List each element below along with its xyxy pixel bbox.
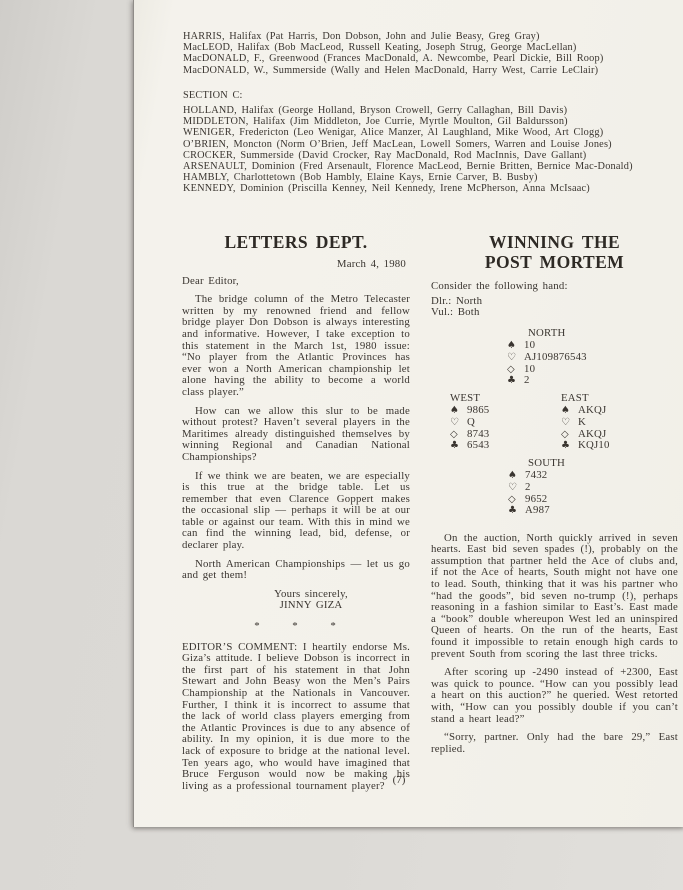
card-values: AKQJ <box>578 404 606 416</box>
roster-entry: MacLEOD, Halifax (Bob MacLeod, Russell K… <box>183 42 661 53</box>
roster-entry: MIDDLETON, Halifax (Jim Middleton, Joe C… <box>183 116 661 127</box>
roster-entry: HAMBLY, Charlottetown (Bob Hambly, Elain… <box>183 172 661 183</box>
card-values: 8743 <box>467 428 489 440</box>
spade-icon: ♠ <box>450 405 467 417</box>
club-icon: ♣ <box>561 440 578 452</box>
letters-dept-title: LETTERS DEPT. <box>182 232 410 252</box>
asterisk-separator: * * * <box>182 621 410 633</box>
letter-closing: Yours sincerely, JINNY GIZA <box>182 589 410 612</box>
spade-icon: ♠ <box>561 405 578 417</box>
east-hand-label: EAST <box>561 393 610 405</box>
roster-entry: CROCKER, Summerside (David Crocker, Ray … <box>183 150 661 161</box>
heart-icon: ♡ <box>507 352 524 364</box>
roster-top-list: HARRIS, Halifax (Pat Harris, Don Dobson,… <box>183 31 661 76</box>
letter-salutation: Dear Editor, <box>182 276 410 288</box>
west-hand-label: WEST <box>450 393 561 405</box>
hand-intro: Consider the following hand: <box>431 281 678 293</box>
newsletter-page: HARRIS, Halifax (Pat Harris, Don Dobson,… <box>133 0 683 827</box>
club-icon: ♣ <box>507 375 524 387</box>
letter-paragraph: The bridge column of the Metro Telecaste… <box>182 294 410 398</box>
roster-entry: KENNEDY, Dominion (Priscilla Kenney, Nei… <box>183 183 661 194</box>
hand-row: ♣KQJ10 <box>561 440 610 452</box>
heart-icon: ♡ <box>561 417 578 429</box>
letters-dept-column: LETTERS DEPT. March 4, 1980 Dear Editor,… <box>182 232 410 792</box>
hand-row: ◇10 <box>507 364 678 376</box>
hand-row: ♣A987 <box>508 505 678 517</box>
club-icon: ♣ <box>508 505 525 517</box>
west-east-row: WEST ♠9865 ♡Q ◇8743 ♣6543 EAST ♠AKQJ ♡K … <box>431 393 678 452</box>
diamond-icon: ◇ <box>508 494 525 506</box>
card-values: 10 <box>524 363 535 375</box>
heart-icon: ♡ <box>508 482 525 494</box>
diamond-icon: ◇ <box>507 364 524 376</box>
card-values: A987 <box>525 504 550 516</box>
section-c-heading: SECTION C: <box>183 90 661 101</box>
hand-row: ♣2 <box>507 375 678 387</box>
spade-icon: ♠ <box>507 340 524 352</box>
heart-icon: ♡ <box>450 417 467 429</box>
card-values: KQJ10 <box>578 439 610 451</box>
roster-entry: ARSENAULT, Dominion (Fred Arsenault, Flo… <box>183 161 661 172</box>
post-mortem-title: WINNING THE POST MORTEM <box>431 232 678 272</box>
south-hand: SOUTH ♠7432 ♡2 ◇9652 ♣A987 <box>508 458 678 517</box>
south-hand-label: SOUTH <box>528 458 678 470</box>
roster-entry: MacDONALD, W., Summerside (Wally and Hel… <box>183 65 661 76</box>
club-icon: ♣ <box>450 440 467 452</box>
hand-row: ♠7432 <box>508 470 678 482</box>
card-values: 9865 <box>467 404 489 416</box>
team-roster: HARRIS, Halifax (Pat Harris, Don Dobson,… <box>183 31 661 195</box>
post-mortem-paragraph: After scoring up -2490 instead of +2300,… <box>431 667 678 725</box>
letter-paragraph: How can we allow this slur to be made wi… <box>182 406 410 464</box>
north-hand-label: NORTH <box>528 328 678 340</box>
post-mortem-paragraph: On the auction, North quickly arrived in… <box>431 533 678 661</box>
post-mortem-column: WINNING THE POST MORTEM Consider the fol… <box>431 232 678 755</box>
east-hand: EAST ♠AKQJ ♡K ◇AKQJ ♣KQJ10 <box>561 393 610 452</box>
diamond-icon: ◇ <box>450 429 467 441</box>
letter-date: March 4, 1980 <box>182 259 410 271</box>
diamond-icon: ◇ <box>561 429 578 441</box>
card-values: 6543 <box>467 439 489 451</box>
north-hand: NORTH ♠10 ♡AJ109876543 ◇10 ♣2 <box>507 328 678 387</box>
card-values: K <box>578 416 586 428</box>
card-values: 10 <box>524 339 535 351</box>
hand-row: ♣6543 <box>450 440 561 452</box>
roster-entry: WENIGER, Fredericton (Leo Wenigar, Alice… <box>183 127 661 138</box>
vulnerability-line: Vul.: Both <box>431 307 678 319</box>
post-mortem-paragraph: “Sorry, partner. Only had the bare 29,” … <box>431 732 678 755</box>
editors-comment: EDITOR’S COMMENT: I heartily endorse Ms.… <box>182 642 410 793</box>
roster-entry: O’BRIEN, Moncton (Norm O’Brien, Jeff Mac… <box>183 139 661 150</box>
card-values: 7432 <box>525 469 547 481</box>
bridge-hand-diagram: NORTH ♠10 ♡AJ109876543 ◇10 ♣2 WEST ♠9865… <box>431 328 678 517</box>
card-values: Q <box>467 416 475 428</box>
roster-entry: MacDONALD, F., Greenwood (Frances MacDon… <box>183 53 661 64</box>
card-values: 9652 <box>525 493 547 505</box>
roster-section-c-list: HOLLAND, Halifax (George Holland, Bryson… <box>183 105 661 195</box>
west-hand: WEST ♠9865 ♡Q ◇8743 ♣6543 <box>450 393 561 452</box>
card-values: 2 <box>524 374 530 386</box>
card-values: AKQJ <box>578 428 606 440</box>
roster-entry: HARRIS, Halifax (Pat Harris, Don Dobson,… <box>183 31 661 42</box>
card-values: 2 <box>525 481 531 493</box>
letter-paragraph: If we think we are beaten, we are especi… <box>182 471 410 552</box>
page-number: (7) <box>334 774 464 786</box>
scan-background: { "page": { "page_number": "(7)", "color… <box>0 0 683 890</box>
card-values: AJ109876543 <box>524 351 587 363</box>
post-mortem-title-line2: POST MORTEM <box>485 252 624 272</box>
letter-paragraph: North American Championships — let us go… <box>182 559 410 582</box>
spade-icon: ♠ <box>508 470 525 482</box>
roster-entry: HOLLAND, Halifax (George Holland, Bryson… <box>183 105 661 116</box>
post-mortem-title-line1: WINNING THE <box>489 232 620 252</box>
letter-signature: JINNY GIZA <box>212 600 410 612</box>
